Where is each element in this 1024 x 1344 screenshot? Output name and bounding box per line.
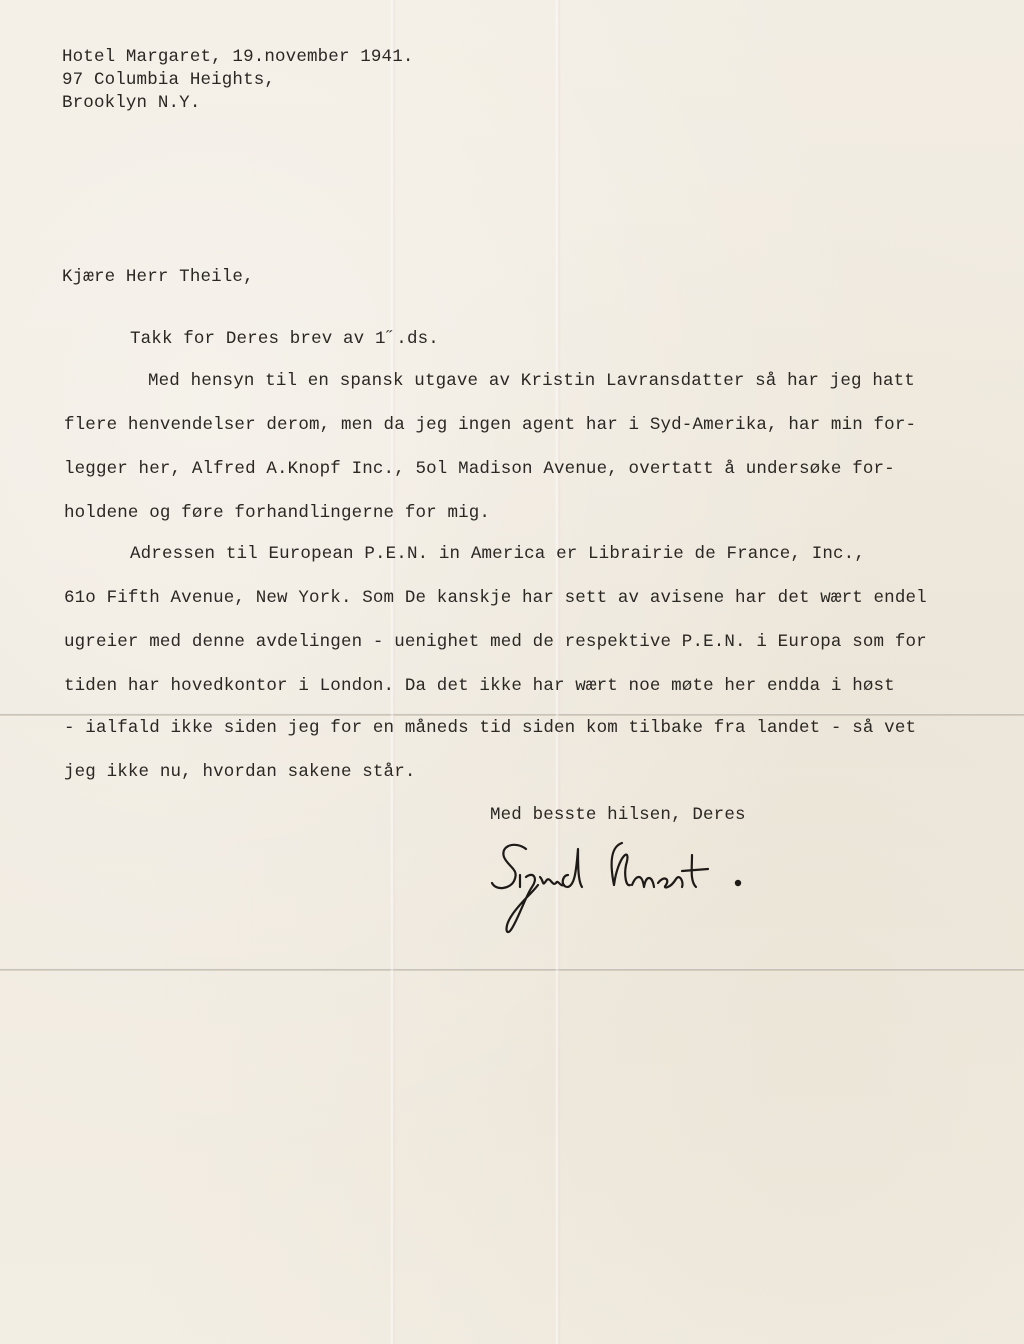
header-line-1: Hotel Margaret, 19.november 1941. <box>62 46 414 68</box>
body-line-2: Med hensyn til en spansk utgave av Krist… <box>148 370 915 392</box>
closing: Med besste hilsen, Deres <box>490 804 746 826</box>
body-line-5: holdene og føre forhandlingerne for mig. <box>64 502 490 524</box>
body-line-9: tiden har hovedkontor i London. Da det i… <box>64 675 895 697</box>
header-line-3: Brooklyn N.Y. <box>62 92 200 114</box>
horizontal-fold-line-lower <box>0 968 1024 971</box>
horizontal-fold-line <box>0 713 1024 716</box>
body-line-10: - ialfald ikke siden jeg for en måneds t… <box>64 717 916 739</box>
header-line-2: 97 Columbia Heights, <box>62 69 275 91</box>
body-line-11: jeg ikke nu, hvordan sakene står. <box>64 761 416 783</box>
body-line-7: 61o Fifth Avenue, New York. Som De kansk… <box>64 587 927 609</box>
body-line-1: Takk for Deres brev av 1˝.ds. <box>130 328 439 350</box>
body-line-8: ugreier med denne avdelingen - uenighet … <box>64 631 927 653</box>
salutation: Kjære Herr Theile, <box>62 266 254 288</box>
signature-icon <box>486 835 766 945</box>
vertical-crease <box>555 0 561 1344</box>
body-line-3: flere henvendelser derom, men da jeg ing… <box>64 414 916 436</box>
handwritten-signature <box>486 835 766 950</box>
vertical-fold-line <box>390 0 396 1344</box>
body-line-4: legger her, Alfred A.Knopf Inc., 5ol Mad… <box>64 458 895 480</box>
body-line-6: Adressen til European P.E.N. in America … <box>130 543 865 565</box>
letter-paper: Hotel Margaret, 19.november 1941. 97 Col… <box>0 0 1024 1344</box>
